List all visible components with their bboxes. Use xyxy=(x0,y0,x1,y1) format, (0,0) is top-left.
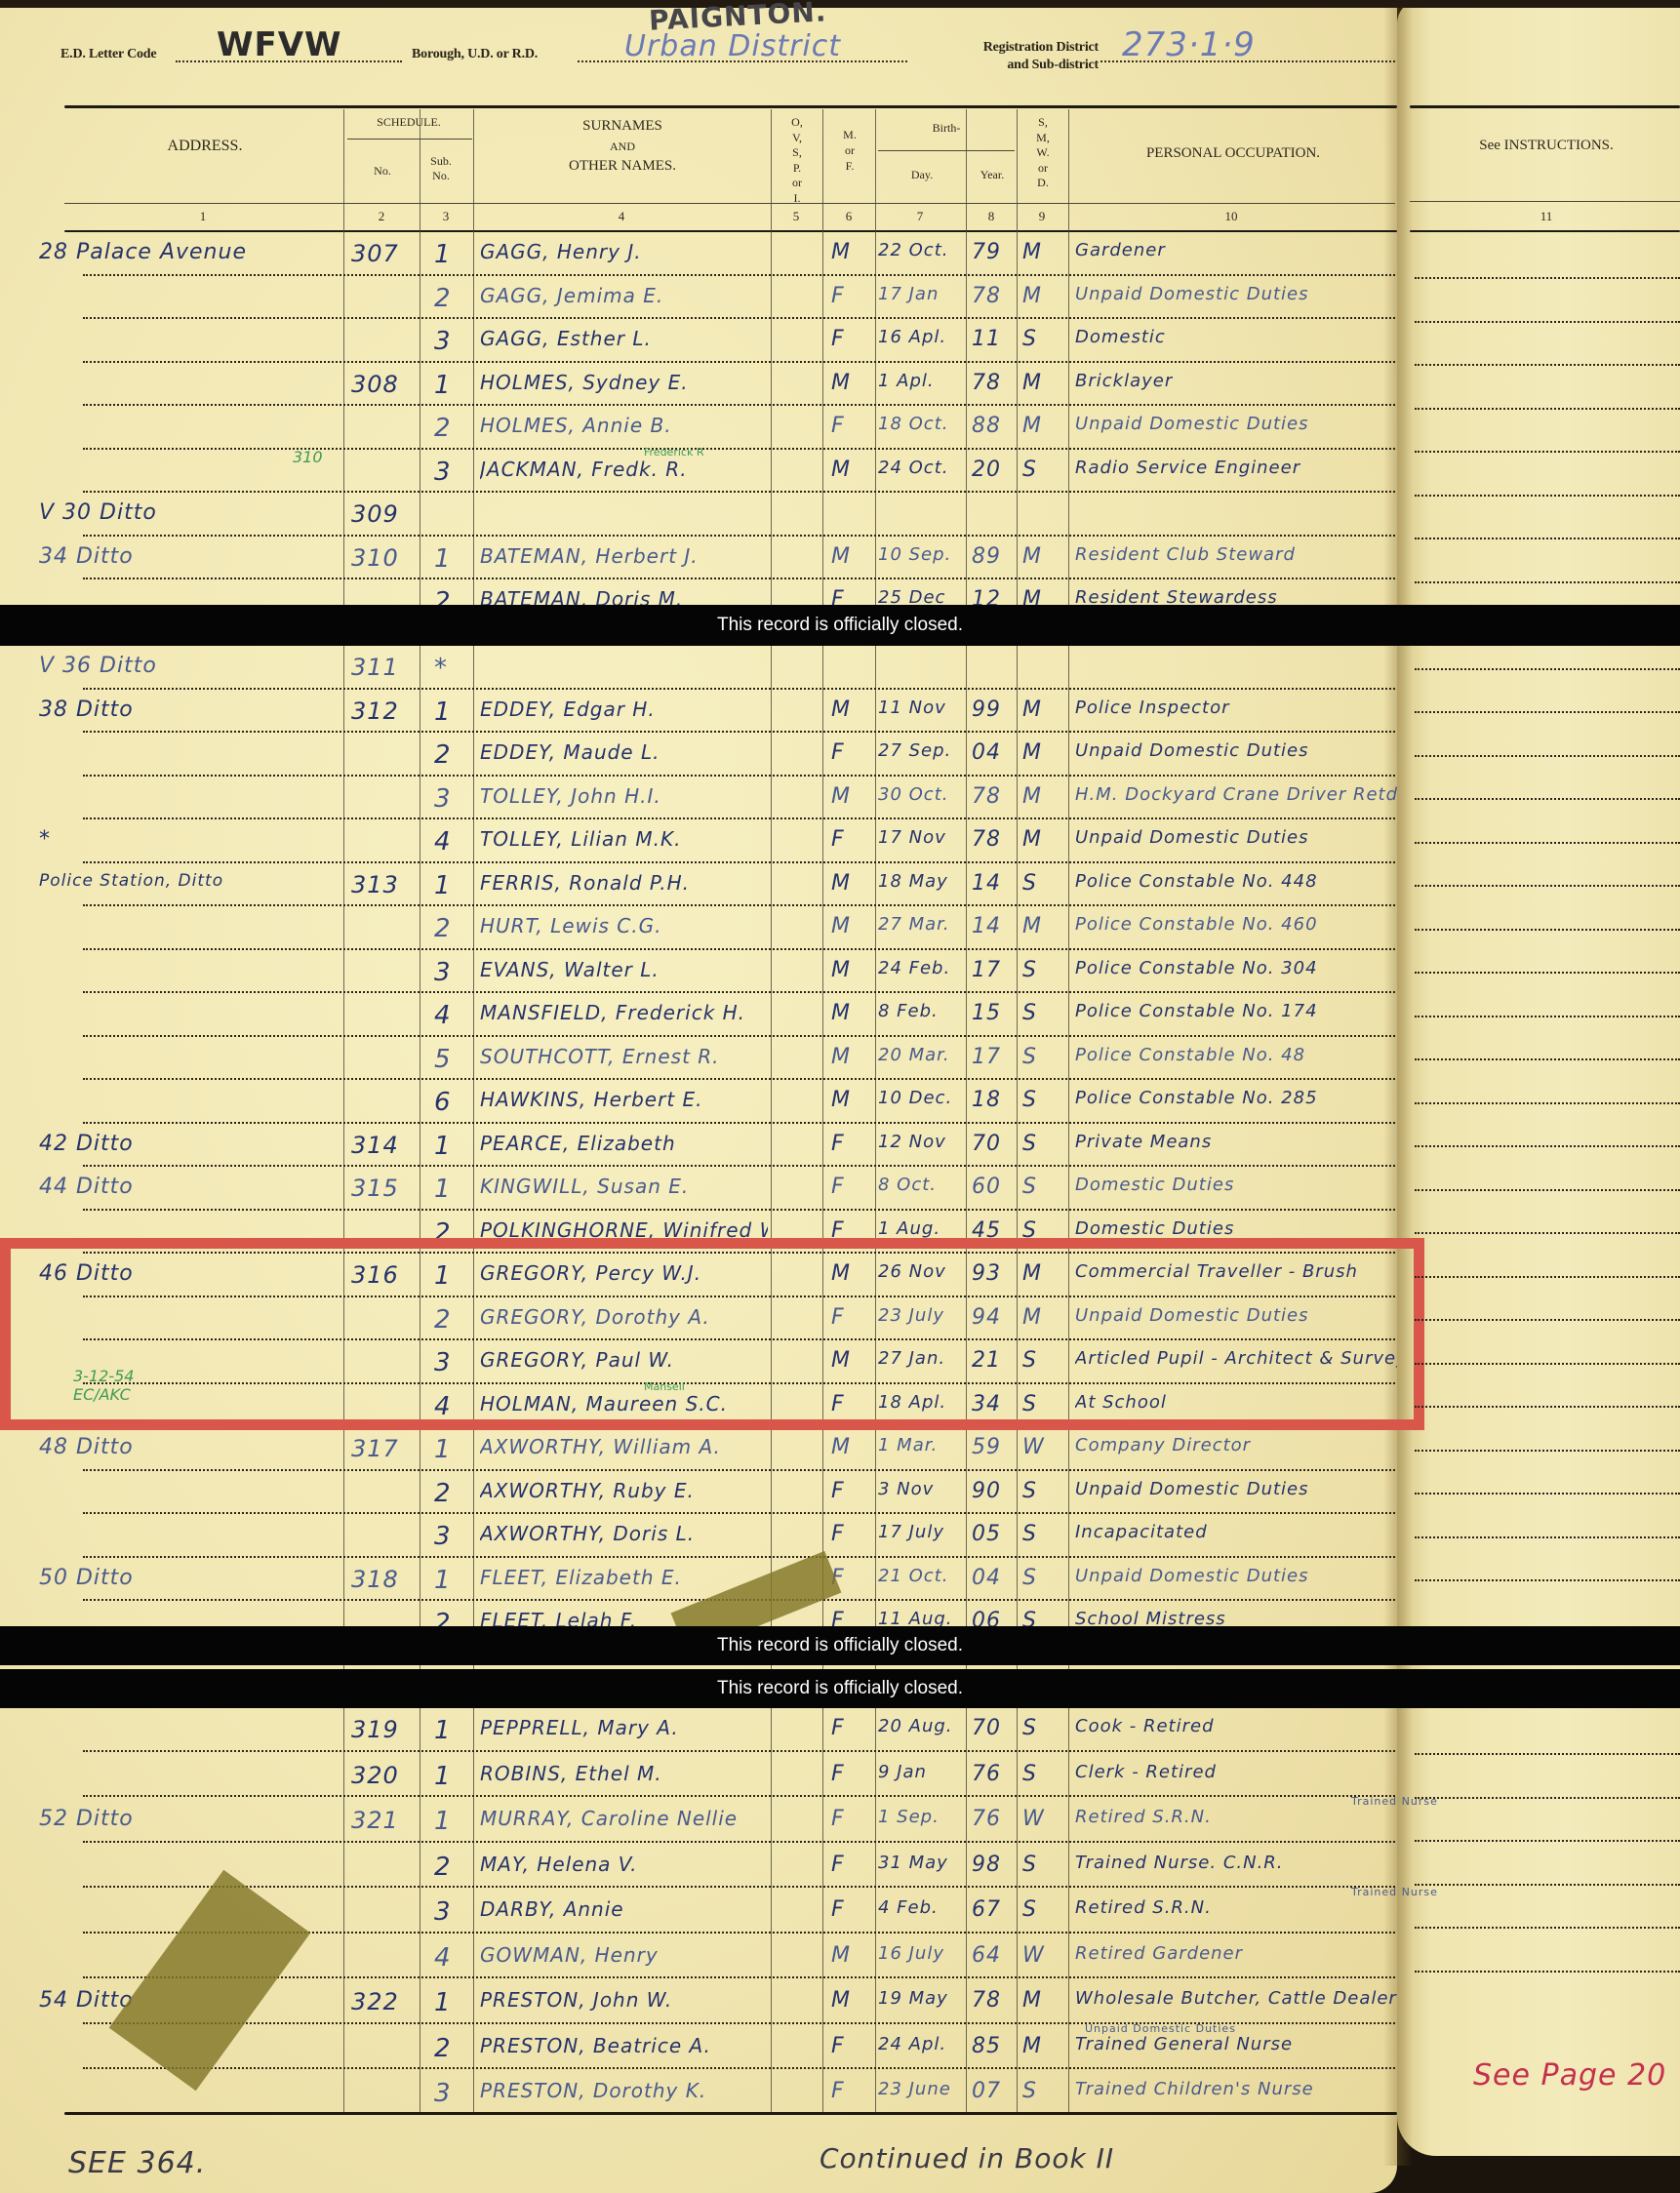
name-cell: BATEMAN, Herbert J. xyxy=(480,544,699,568)
row-dotted-rule xyxy=(83,1512,1395,1514)
marital-status-cell: S xyxy=(1022,1853,1037,1877)
row-annotation: Trained Nurse xyxy=(1351,1886,1438,1898)
name-cell: EDDEY, Edgar H. xyxy=(480,698,656,721)
row-dotted-rule xyxy=(83,404,1395,406)
right-page-dotted-rule xyxy=(1415,1797,1680,1799)
sub-number-cell: 1 xyxy=(434,1566,452,1595)
right-page-dotted-rule xyxy=(1415,755,1680,757)
name-cell: PEPPRELL, Mary A. xyxy=(480,1716,679,1739)
schedule-number-cell: 315 xyxy=(351,1175,399,1202)
birth-year-cell: 90 xyxy=(972,1479,1001,1503)
sub-number-cell: 1 xyxy=(434,1762,452,1791)
sub-number-cell: 3 xyxy=(434,958,452,987)
birth-day-cell: 24 Feb. xyxy=(878,958,950,978)
name-cell: AXWORTHY, Ruby E. xyxy=(480,1479,695,1502)
occupation-cell: Police Inspector xyxy=(1075,698,1230,718)
sex-cell: M xyxy=(831,1943,851,1968)
sex-cell: F xyxy=(831,827,845,852)
row-dotted-rule xyxy=(83,361,1395,363)
occupation-cell: Incapacitated xyxy=(1075,1522,1208,1542)
closed-record-bar: This record is officially closed. xyxy=(0,1669,1680,1708)
sex-cell: M xyxy=(831,914,851,938)
sub-number-cell: 3 xyxy=(434,327,452,356)
page-top-edge xyxy=(0,0,1680,8)
birth-day-cell: 20 Aug. xyxy=(878,1716,953,1736)
right-page-dotted-rule xyxy=(1415,1927,1680,1929)
occupation-cell: Unpaid Domestic Duties xyxy=(1075,284,1309,304)
birth-year-cell: 78 xyxy=(972,1988,1001,2013)
sex-cell: M xyxy=(831,1435,851,1459)
sub-number-cell: 2 xyxy=(434,914,452,943)
sub-number-cell: 2 xyxy=(434,2034,452,2063)
closed-record-bar: This record is officially closed. xyxy=(0,1626,1680,1665)
right-page-dotted-rule xyxy=(1415,581,1680,583)
occupation-cell: Police Constable No. 304 xyxy=(1075,958,1318,978)
right-page-dotted-rule xyxy=(1415,364,1680,366)
name-cell: FERRIS, Ronald P.H. xyxy=(480,871,690,895)
sub-number-cell: 3 xyxy=(434,1522,452,1551)
marital-status-cell: S xyxy=(1022,1897,1037,1922)
address-cell: 34 Ditto xyxy=(39,544,134,569)
table-row: 2EDDEY, Maude L.F27 Sep.04MUnpaid Domest… xyxy=(0,735,1397,778)
row-dotted-rule xyxy=(83,1841,1395,1843)
occupation-cell: Unpaid Domestic Duties xyxy=(1075,1479,1309,1499)
name-cell: PRESTON, Dorothy K. xyxy=(480,2079,706,2102)
address-cell: 54 Ditto xyxy=(39,1988,134,2013)
birth-day-cell: 1 Mar. xyxy=(878,1435,938,1455)
row-dotted-rule xyxy=(83,1165,1395,1167)
right-page-dotted-rule xyxy=(1415,1058,1680,1060)
table-row: 4MANSFIELD, Frederick H.M8 Feb.15SPolice… xyxy=(0,995,1397,1039)
right-page-dotted-rule xyxy=(1415,842,1680,844)
registration-value: 273·1·9 xyxy=(1122,25,1256,64)
right-page-dotted-rule xyxy=(1415,1579,1680,1581)
table-row: 2GAGG, Jemima E.F17 Jan78MUnpaid Domesti… xyxy=(0,278,1397,322)
name-cell: PRESTON, John W. xyxy=(480,1988,672,2012)
table-row: 3191PEPPRELL, Mary A.F20 Aug.70SCook - R… xyxy=(0,1710,1397,1754)
occupation-cell: Company Director xyxy=(1075,1435,1251,1455)
column-number: 1 xyxy=(188,209,218,224)
sex-cell: M xyxy=(831,958,851,982)
sex-cell: F xyxy=(831,2034,845,2058)
birth-day-cell: 24 Apl. xyxy=(878,2034,946,2054)
row-dotted-rule xyxy=(83,861,1395,863)
occupation-cell: Police Constable No. 174 xyxy=(1075,1001,1318,1021)
schedule-number-cell: 317 xyxy=(351,1435,399,1462)
row-dotted-rule xyxy=(83,1035,1395,1037)
marital-status-cell: S xyxy=(1022,1566,1037,1590)
right-page-dotted-rule xyxy=(1415,1319,1680,1321)
table-row: 38 Ditto3121EDDEY, Edgar H.M11 Nov99MPol… xyxy=(0,692,1397,736)
marital-status-cell: S xyxy=(1022,2079,1037,2103)
table-row: 3GAGG, Esther L.F16 Apl.11SDomestic xyxy=(0,321,1397,365)
schedule-number-cell: 322 xyxy=(351,1988,399,2015)
occupation-cell: Trained General Nurse xyxy=(1075,2034,1293,2054)
column-number: 5 xyxy=(781,209,811,224)
marital-status-cell: S xyxy=(1022,1045,1037,1069)
row-dotted-rule xyxy=(83,775,1395,777)
occupation-cell: Trained Nurse. C.N.R. xyxy=(1075,1853,1284,1873)
ed-letter-code-value: WFVW xyxy=(217,25,342,64)
name-cell: GAGG, Esther L. xyxy=(480,327,652,350)
schedule-number-cell: 310 xyxy=(351,544,399,572)
occupation-cell: Gardener xyxy=(1075,240,1166,260)
sub-number-cell: 5 xyxy=(434,1045,452,1074)
birth-year-cell: 18 xyxy=(972,1088,1001,1112)
birth-day-cell: 27 Mar. xyxy=(878,914,950,935)
closed-record-text: This record is officially closed. xyxy=(717,615,963,635)
schedule-subrule xyxy=(347,139,472,140)
name-cell: MANSFIELD, Frederick H. xyxy=(480,1001,745,1024)
sub-number-cell: 1 xyxy=(434,871,452,900)
marital-status-cell: M xyxy=(1022,2034,1042,2058)
occupation-cell: Retired S.R.N. xyxy=(1075,1897,1212,1918)
name-cell: AXWORTHY, William A. xyxy=(480,1435,721,1458)
header-bottom-rule xyxy=(64,203,1395,204)
right-page-see-note: See Page 20 xyxy=(1473,2058,1666,2093)
address-cell: * xyxy=(39,827,51,852)
birth-year-cell: 60 xyxy=(972,1175,1001,1199)
birth-year-cell: 76 xyxy=(972,1807,1001,1831)
birth-day-cell: 1 Sep. xyxy=(878,1807,940,1827)
col-header-ovspi: O, V, S, P. or I. xyxy=(773,115,821,207)
borough-value: Urban District xyxy=(624,29,841,63)
sub-number-cell: 4 xyxy=(434,1001,452,1030)
birth-day-cell: 20 Mar. xyxy=(878,1045,950,1065)
occupation-cell: Retired Gardener xyxy=(1075,1943,1243,1964)
sex-cell: F xyxy=(831,1522,845,1546)
table-row: 50 Ditto3181FLEET, Elizabeth E.F21 Oct.0… xyxy=(0,1560,1397,1604)
birth-year-cell: 78 xyxy=(972,284,1001,308)
table-row: 5SOUTHCOTT, Ernest R.M20 Mar.17SPolice C… xyxy=(0,1039,1397,1083)
column-number: 6 xyxy=(834,209,863,224)
birth-day-cell: 8 Oct. xyxy=(878,1175,937,1195)
column-number: 4 xyxy=(607,209,636,224)
sub-number-cell: 3 xyxy=(434,2079,452,2108)
row-dotted-rule xyxy=(83,274,1395,276)
right-page-dotted-rule xyxy=(1415,798,1680,800)
right-page-dotted-rule xyxy=(1415,408,1680,410)
table-row: 3JACKMAN, Fredk. R.M24 Oct.20SRadio Serv… xyxy=(0,452,1397,496)
birth-day-cell: 10 Sep. xyxy=(878,544,951,565)
row-dotted-rule xyxy=(83,688,1395,690)
right-page-dotted-rule xyxy=(1415,1493,1680,1495)
col-header-schedule: SCHEDULE. xyxy=(345,115,472,130)
sex-cell: M xyxy=(831,698,851,722)
sex-cell: F xyxy=(831,2079,845,2103)
table-row: V 36 Ditto311* xyxy=(0,648,1397,692)
birth-day-cell: 16 Apl. xyxy=(878,327,946,347)
birth-day-cell: 8 Feb. xyxy=(878,1001,939,1021)
birth-day-cell: 10 Dec. xyxy=(878,1088,952,1108)
occupation-cell: Domestic Duties xyxy=(1075,1175,1234,1195)
sub-number-cell: 3 xyxy=(434,1897,452,1927)
occupation-cell: Police Constable No. 48 xyxy=(1075,1045,1305,1065)
marital-status-cell: W xyxy=(1022,1807,1045,1831)
name-cell: HAWKINS, Herbert E. xyxy=(480,1088,703,1111)
birth-day-cell: 11 Nov xyxy=(878,698,946,718)
row-dotted-rule xyxy=(83,904,1395,906)
address-cell: 48 Ditto xyxy=(39,1435,134,1459)
row-dotted-rule xyxy=(83,1078,1395,1080)
occupation-cell: Unpaid Domestic Duties xyxy=(1075,740,1309,761)
name-cell: JACKMAN, Fredk. R. xyxy=(480,458,688,481)
occupation-cell: H.M. Dockyard Crane Driver Retd xyxy=(1075,784,1397,805)
occupation-cell: Domestic Duties xyxy=(1075,1218,1234,1239)
sex-cell: F xyxy=(831,284,845,308)
schedule-number-cell: 319 xyxy=(351,1716,399,1743)
right-page-dotted-rule xyxy=(1415,1276,1680,1278)
birth-year-cell: 85 xyxy=(972,2034,1001,2058)
closed-record-bar: This record is officially closed. xyxy=(0,605,1680,646)
table-row: *4TOLLEY, Lilian M.K.F17 Nov78MUnpaid Do… xyxy=(0,821,1397,865)
header-bottom-rule-right xyxy=(1410,201,1680,202)
name-cell: GAGG, Jemima E. xyxy=(480,284,663,307)
sex-cell: F xyxy=(831,1716,845,1740)
birth-year-cell: 76 xyxy=(972,1762,1001,1786)
occupation-cell: Cook - Retired xyxy=(1075,1716,1215,1736)
occupation-cell: Bricklayer xyxy=(1075,371,1173,391)
birth-day-cell: 17 Jan xyxy=(878,284,939,304)
marital-status-cell: S xyxy=(1022,458,1037,482)
table-row: 52 Ditto3211MURRAY, Caroline NellieF1 Se… xyxy=(0,1801,1397,1845)
marital-status-cell: M xyxy=(1022,414,1042,438)
birth-year-cell: 99 xyxy=(972,698,1001,722)
column-number: 3 xyxy=(431,209,460,224)
column-numbers-rule xyxy=(64,230,1397,232)
sub-number-cell: 1 xyxy=(434,698,452,727)
birth-day-cell: 16 July xyxy=(878,1943,944,1964)
birth-year-cell: 64 xyxy=(972,1943,1001,1968)
schedule-number-cell: 320 xyxy=(351,1762,399,1789)
sub-number-cell: 1 xyxy=(434,240,452,269)
right-page-dotted-rule xyxy=(1415,451,1680,453)
birth-year-cell: 67 xyxy=(972,1897,1001,1922)
name-cell: KINGWILL, Susan E. xyxy=(480,1175,689,1198)
sub-number-cell: 1 xyxy=(434,1132,452,1161)
birth-year-cell: 70 xyxy=(972,1132,1001,1156)
row-dotted-rule xyxy=(83,991,1395,993)
right-page-dotted-rule xyxy=(1415,321,1680,323)
name-cell: PRESTON, Beatrice A. xyxy=(480,2034,711,2057)
sub-number-cell: 1 xyxy=(434,544,452,574)
sex-cell: M xyxy=(831,544,851,569)
ed-letter-code-label: E.D. Letter Code xyxy=(60,47,156,62)
table-row: 6HAWKINS, Herbert E.M10 Dec.18SPolice Co… xyxy=(0,1082,1397,1126)
schedule-number-cell: 311 xyxy=(351,654,399,681)
birth-day-cell: 27 Sep. xyxy=(878,740,951,761)
occupation-cell: Resident Club Steward xyxy=(1075,544,1296,565)
name-cell: GAGG, Henry J. xyxy=(480,240,642,263)
occupation-cell: Unpaid Domestic Duties xyxy=(1075,827,1309,848)
birth-day-cell: 4 Feb. xyxy=(878,1897,939,1918)
marital-status-cell: W xyxy=(1022,1943,1045,1968)
occupation-cell: Clerk - Retired xyxy=(1075,1762,1217,1782)
birth-day-cell: 22 Oct. xyxy=(878,240,948,260)
marital-status-cell: S xyxy=(1022,871,1037,896)
name-cell: DARBY, Annie xyxy=(480,1897,624,1921)
sex-cell: M xyxy=(831,458,851,482)
sub-number-cell: 4 xyxy=(434,1943,452,1973)
name-cell: FLEET, Elizabeth E. xyxy=(480,1566,682,1589)
schedule-number-cell: 308 xyxy=(351,371,399,398)
sub-number-cell: 1 xyxy=(434,1988,452,2017)
col-header-sex: M. or F. xyxy=(825,127,874,175)
column-number: 10 xyxy=(1217,209,1246,224)
table-row: 3TOLLEY, John H.I.M30 Oct.78MH.M. Dockya… xyxy=(0,778,1397,822)
right-page-dotted-rule xyxy=(1415,711,1680,713)
sub-number-cell: 2 xyxy=(434,1479,452,1508)
marital-status-cell: W xyxy=(1022,1435,1045,1459)
birth-year-cell: 04 xyxy=(972,740,1001,765)
birth-year-cell: 88 xyxy=(972,414,1001,438)
birth-day-cell: 31 May xyxy=(878,1853,948,1873)
marital-status-cell: S xyxy=(1022,1088,1037,1112)
sub-number-cell: 1 xyxy=(434,371,452,400)
sex-cell: M xyxy=(831,1988,851,2013)
right-page-dotted-rule xyxy=(1415,495,1680,497)
table-row: 3201ROBINS, Ethel M.F9 Jan76SClerk - Ret… xyxy=(0,1756,1397,1800)
marital-status-cell: M xyxy=(1022,544,1042,569)
schedule-number-cell: 321 xyxy=(351,1807,399,1834)
sex-cell: M xyxy=(831,1001,851,1025)
row-dotted-rule xyxy=(83,1122,1395,1124)
right-page-dotted-rule xyxy=(1415,1536,1680,1538)
name-cell: TOLLEY, Lilian M.K. xyxy=(480,827,681,851)
occupation-cell: Wholesale Butcher, Cattle Dealer xyxy=(1075,1988,1397,2009)
right-page-dotted-rule xyxy=(1415,538,1680,539)
birth-year-cell: 78 xyxy=(972,784,1001,809)
birth-year-cell: 15 xyxy=(972,1001,1001,1025)
birth-day-cell: 24 Oct. xyxy=(878,458,948,478)
row-dotted-rule xyxy=(83,1556,1395,1558)
right-page-dotted-rule xyxy=(1415,972,1680,974)
right-page-dotted-rule xyxy=(1415,1145,1680,1147)
marital-status-cell: M xyxy=(1022,827,1042,852)
col-header-schedule-sub: Sub. No. xyxy=(421,154,460,183)
marital-status-cell: M xyxy=(1022,1988,1042,2013)
borough-label: Borough, U.D. or R.D. xyxy=(412,47,538,62)
name-cell: EVANS, Walter L. xyxy=(480,958,660,981)
occupation-cell: Retired S.R.N. xyxy=(1075,1807,1212,1827)
row-dotted-rule xyxy=(83,578,1395,579)
col-header-names: SURNAMES AND OTHER NAMES. xyxy=(474,115,771,177)
sub-number-cell: 3 xyxy=(434,458,452,487)
table-row: 2HURT, Lewis C.G.M27 Mar.14MPolice Const… xyxy=(0,908,1397,952)
column-numbers-rule-right xyxy=(1410,230,1680,232)
right-page-dotted-rule xyxy=(1415,1102,1680,1104)
address-cell: 42 Ditto xyxy=(39,1132,134,1156)
sex-cell: M xyxy=(831,871,851,896)
birth-day-cell: 30 Oct. xyxy=(878,784,948,805)
sub-number-cell: 2 xyxy=(434,414,452,443)
right-page-dotted-rule xyxy=(1415,668,1680,670)
birth-year-cell: 70 xyxy=(972,1716,1001,1740)
row-dotted-rule xyxy=(83,731,1395,733)
name-cell: AXWORTHY, Doris L. xyxy=(480,1522,695,1545)
sub-number-cell: 2 xyxy=(434,284,452,313)
col-header-schedule-no: No. xyxy=(345,164,420,179)
row-dotted-rule xyxy=(83,448,1395,450)
row-dotted-rule xyxy=(83,491,1395,493)
sex-cell: F xyxy=(831,1897,845,1922)
birth-day-cell: 23 June xyxy=(878,2079,951,2099)
birth-year-cell: 11 xyxy=(972,327,1001,351)
header-rule-right xyxy=(1410,105,1680,108)
sub-number-cell: * xyxy=(434,654,448,683)
marital-status-cell: S xyxy=(1022,958,1037,982)
sex-cell: M xyxy=(831,371,851,395)
name-cell: MAY, Helena V. xyxy=(480,1853,638,1876)
marital-status-cell: S xyxy=(1022,327,1037,351)
col-header-birth-year: Year. xyxy=(968,168,1017,182)
occupation-cell: Police Constable No. 448 xyxy=(1075,871,1318,892)
row-dotted-rule xyxy=(83,1886,1395,1888)
table-row: 3AXWORTHY, Doris L.F17 July05SIncapacita… xyxy=(0,1516,1397,1560)
birth-year-cell: 59 xyxy=(972,1435,1001,1459)
row-dotted-rule xyxy=(83,1750,1395,1752)
birth-day-cell: 18 Oct. xyxy=(878,414,948,434)
marital-status-cell: S xyxy=(1022,1522,1037,1546)
column-number: 7 xyxy=(905,209,935,224)
sex-cell: M xyxy=(831,784,851,809)
sub-number-cell: 4 xyxy=(434,827,452,857)
sub-number-cell: 1 xyxy=(434,1435,452,1464)
address-cell: 28 Palace Avenue xyxy=(39,240,247,264)
marital-status-cell: S xyxy=(1022,1132,1037,1156)
marital-status-cell: M xyxy=(1022,240,1042,264)
birth-year-cell: 17 xyxy=(972,1045,1001,1069)
sub-number-cell: 1 xyxy=(434,1716,452,1745)
col-header-marital: S, M, W. or D. xyxy=(1019,115,1067,191)
sex-cell: F xyxy=(831,1853,845,1877)
table-row: 3081HOLMES, Sydney E.M1 Apl.78MBricklaye… xyxy=(0,365,1397,409)
birth-year-cell: 78 xyxy=(972,371,1001,395)
table-row: 48 Ditto3171AXWORTHY, William A.M1 Mar.5… xyxy=(0,1429,1397,1473)
names-header-line3: OTHER NAMES. xyxy=(474,155,771,178)
row-annotation: Frederick R xyxy=(644,446,703,459)
right-page-dotted-rule xyxy=(1415,1840,1680,1842)
address-cell: 52 Ditto xyxy=(39,1807,134,1831)
table-row: 3EVANS, Walter L.M24 Feb.17SPolice Const… xyxy=(0,952,1397,996)
birth-year-cell: 17 xyxy=(972,958,1001,982)
right-page-dotted-rule xyxy=(1415,1189,1680,1191)
schedule-number-cell: 318 xyxy=(351,1566,399,1593)
birth-year-cell: 05 xyxy=(972,1522,1001,1546)
row-dotted-rule xyxy=(83,1469,1395,1471)
sex-cell: M xyxy=(831,1045,851,1069)
schedule-number-cell: 309 xyxy=(351,500,399,528)
birth-day-cell: 3 Nov xyxy=(878,1479,934,1499)
registration-label-line2: and Sub-district xyxy=(913,57,1099,74)
sub-number-cell: 2 xyxy=(434,1853,452,1882)
right-page-dotted-rule xyxy=(1415,1406,1680,1408)
closed-record-text: This record is officially closed. xyxy=(717,1635,963,1655)
col-header-instructions: See INSTRUCTIONS. xyxy=(1415,137,1678,155)
schedule-number-cell: 307 xyxy=(351,240,399,267)
address-cell: 50 Ditto xyxy=(39,1566,134,1590)
birth-day-cell: 9 Jan xyxy=(878,1762,927,1782)
row-dotted-rule xyxy=(83,1795,1395,1797)
marital-status-cell: M xyxy=(1022,740,1042,765)
names-header-line1: SURNAMES xyxy=(474,115,771,138)
right-page-dotted-rule xyxy=(1415,1363,1680,1365)
marital-status-cell: S xyxy=(1022,1001,1037,1025)
table-row: 42 Ditto3141PEARCE, ElizabethF12 Nov70SP… xyxy=(0,1126,1397,1170)
margin-note: 310 xyxy=(293,448,323,466)
table-row: 34 Ditto3101BATEMAN, Herbert J.M10 Sep.8… xyxy=(0,538,1397,582)
birth-day-cell: 17 Nov xyxy=(878,827,946,848)
